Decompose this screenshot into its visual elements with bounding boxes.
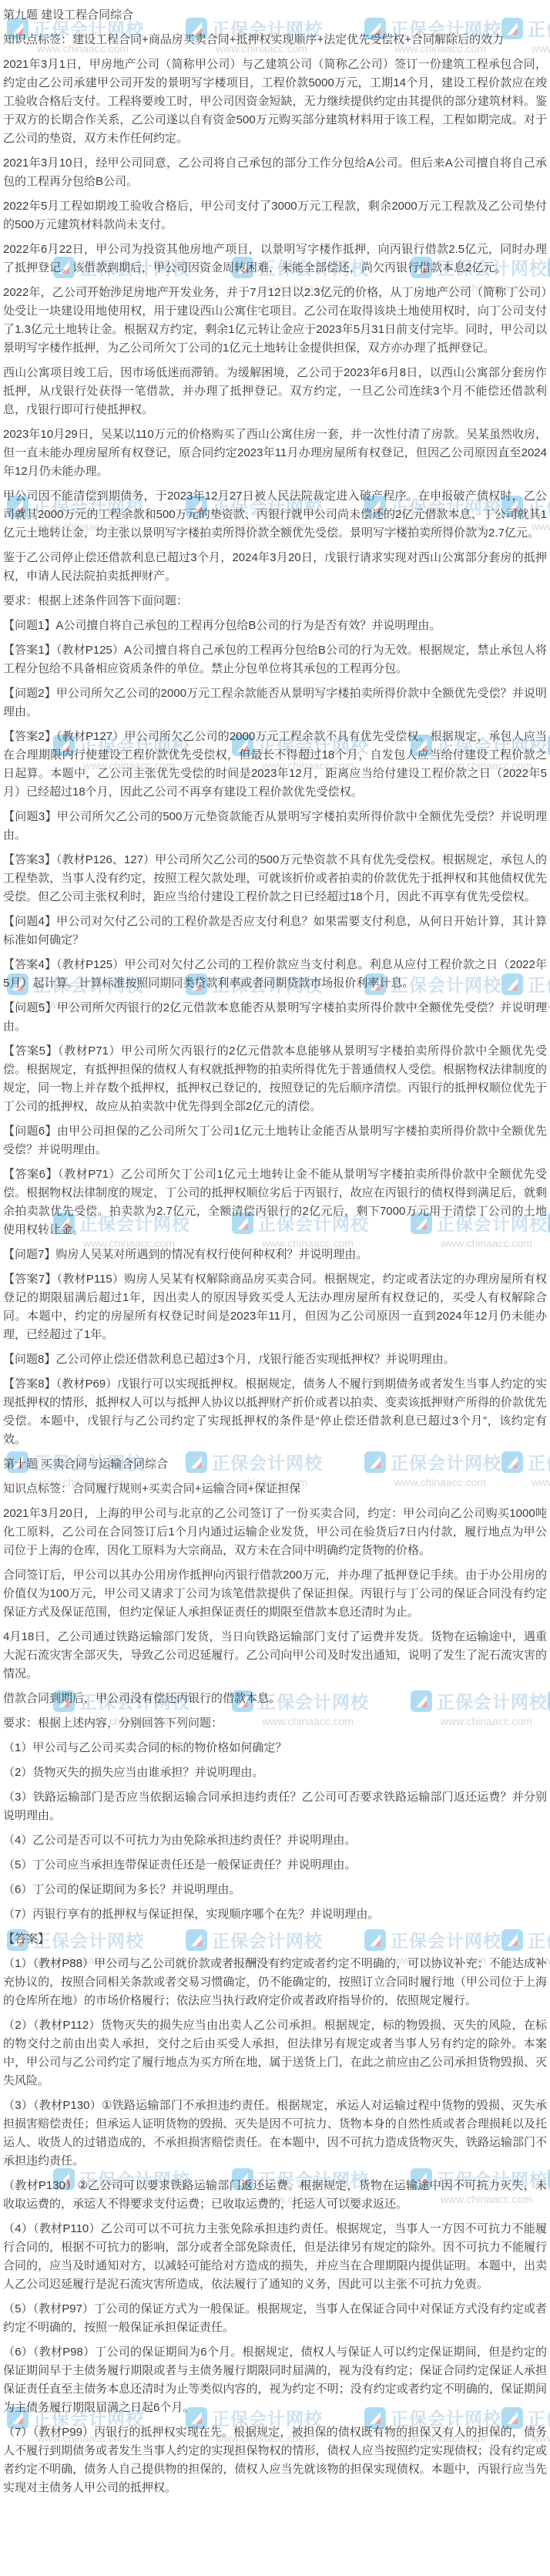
paragraph: 【问题6】由甲公司担保的乙公司所欠丁公司1亿元土地转让金能否从景明写字楼拍卖所得…: [3, 1122, 547, 1159]
paragraph: 要求：根据上述内容，分别回答下列问题：: [3, 1714, 547, 1733]
paragraph: 【问题7】购房人吴某对所遇到的情况有权行使何种权利？并说明理由。: [3, 1246, 547, 1264]
paragraph: 【问题5】甲公司所欠丙银行的2亿元借款本息能否从景明写字楼拍卖所得价款中全额优先…: [3, 999, 547, 1036]
paragraph: 【答案4】（教材P125）甲公司对欠付乙公司的工程价款应当支付利息。利息从应付工…: [3, 956, 547, 993]
paragraph: 【答案2】（教材P127）甲公司所欠乙公司的2000万元工程余款不具有优先受偿权…: [3, 728, 547, 802]
paragraph: 甲公司因不能清偿到期债务，于2023年12月27日被人民法院裁定进入破产程序。在…: [3, 487, 547, 543]
section-title: 第九题 建设工程合同综合: [3, 6, 547, 25]
paragraph: （1）甲公司与乙公司买卖合同的标的物价格如何确定？: [3, 1739, 547, 1757]
paragraph: （4）（教材P110）乙公司可以不可抗力主张免除承担违约责任。根据规定，当事人一…: [3, 2220, 547, 2294]
paragraph: 2021年3月1日，甲房地产公司（简称甲公司）与乙建筑公司（简称乙公司）签订一份…: [3, 55, 547, 148]
paragraph: （5）丁公司应当承担连带保证责任还是一般保证责任？并说明理由。: [3, 1856, 547, 1875]
paragraph: 【问题4】甲公司对欠付乙公司的工程价款是否应支付利息？如果需要支付利息，从何日开…: [3, 913, 547, 950]
paragraph: （3）铁路运输部门是否应当依据运输合同承担违约责任？乙公司可否要求铁路运输部门返…: [3, 1788, 547, 1825]
paragraph: （4）乙公司是否可以不可抗力为由免除承担违约责任？并说明理由。: [3, 1831, 547, 1850]
paragraph: 【问题3】甲公司所欠乙公司的500万元垫资款能否从景明写字楼拍卖所得价款中全额优…: [3, 808, 547, 845]
paragraph: 知识点标签：合同履行规则+买卖合同+运输合同+保证担保: [3, 1480, 547, 1498]
paragraph: （7）（教材P99）丙银行的抵押权实现在先。根据规定，被担保的债权既有物的担保又…: [3, 2423, 547, 2497]
paragraph: 2022年6月22日，甲公司为投资其他房地产项目，以景明写字楼作抵押，向丙银行借…: [3, 240, 547, 277]
paragraph: （6）（教材P98）丁公司的保证期间为6个月。根据规定，债权人与保证人可以约定保…: [3, 2343, 547, 2417]
paragraph: （7）丙银行享有的抵押权与保证担保，实现顺序哪个在先？并说明理由。: [3, 1905, 547, 1924]
paragraph: 4月18日，乙公司通过铁路运输部门发货，当日向铁路运输部门支付了运费并发货。货物…: [3, 1628, 547, 1683]
paragraph: （3）（教材P130）①铁路运输部门不承担违约责任。根据规定，承运人对运输过程中…: [3, 2097, 547, 2171]
paragraph: （1）（教材P88）甲公司与乙公司就价款或者报酬没有约定或者约定不明确的，可以协…: [3, 1955, 547, 2010]
paragraph: 【问题8】乙公司停止偿还借款利息已超过3个月，戊银行能否实现抵押权？并说明理由。: [3, 1350, 547, 1369]
paragraph: （教材P130）②乙公司可以要求铁路运输部门返还运费。根据规定，货物在运输途中因…: [3, 2177, 547, 2214]
paragraph: （6）丁公司的保证期间为多长？并说明理由。: [3, 1881, 547, 1899]
paragraph: 2022年，乙公司开始涉足房地产开发业务，并于7月12日以2.3亿元的价格，从丁…: [3, 284, 547, 358]
paragraph: 要求：根据上述条件回答下面问题：: [3, 592, 547, 610]
paragraph: 知识点标签：建设工程合同+商品房买卖合同+抵押权实现顺序+法定优先受偿权+合同解…: [3, 31, 547, 49]
paragraph: 【答案1】（教材P125）A公司擅自将自己承包的工程再分包给B公司的行为无效。根…: [3, 641, 547, 678]
paragraph: 2021年3月20日，上海的甲公司与北京的乙公司签订了一份买卖合同，约定：甲公司…: [3, 1505, 547, 1560]
paragraph: （2）（教材P112）货物灭失的损失应当由出卖人乙公司承担。根据规定，标的物毁损…: [3, 2016, 547, 2090]
paragraph: 2022年5月工程如期竣工验收合格后，甲公司支付了3000万元工程款，剩余200…: [3, 197, 547, 234]
document-content: 第九题 建设工程合同综合知识点标签：建设工程合同+商品房买卖合同+抵押权实现顺序…: [0, 0, 550, 2511]
paragraph: 【问题1】A公司擅自将自己承包的工程再分包给B公司的行为是否有效？并说明理由。: [3, 617, 547, 635]
paragraph: 借款合同到期后，甲公司没有偿还丙银行的借款本息。: [3, 1690, 547, 1708]
document-page: 正保会计网校www.chinaacc.com正保会计网校www.chinaacc…: [0, 0, 550, 2576]
paragraph: （2）货物灭失的损失应当由谁承担？并说明理由。: [3, 1764, 547, 1782]
paragraph: 【答案6】（教材P71）乙公司所欠丁公司1亿元土地转让金不能从景明写字楼拍卖所得…: [3, 1165, 547, 1239]
paragraph: 2021年3月10日，经甲公司同意，乙公司将自己承包的部分工作分包给A公司。但后…: [3, 154, 547, 191]
paragraph: 【答案8】（教材P69）戊银行可以实现抵押权。根据规定，债务人不履行到期债务或者…: [3, 1375, 547, 1449]
paragraph: 【问题2】甲公司所欠乙公司的2000万元工程余款能否从景明写字楼拍卖所得价款中全…: [3, 684, 547, 721]
paragraph: 【答案3】（教材P126、127）甲公司所欠乙公司的500万元垫资款不具有优先受…: [3, 851, 547, 906]
section-title: 第十题 买卖合同与运输合同综合: [3, 1455, 547, 1474]
paragraph: 西山公寓项目竣工后，因市场低迷而滞销。为缓解困境，乙公司于2023年6月8日，以…: [3, 364, 547, 419]
paragraph: 合同签订后，甲公司以其办公用房作抵押向丙银行借款200万元，并办理了抵押登记手续…: [3, 1566, 547, 1622]
paragraph: 鉴于乙公司停止偿还借款利息已超过3个月，2024年3月20日，戊银行请求实现对西…: [3, 549, 547, 586]
paragraph: 【答案7】（教材P115）购房人吴某有权解除商品房买卖合同。根据规定，约定或者法…: [3, 1270, 547, 1344]
paragraph: 【答案5】（教材P71）甲公司所欠丙银行的2亿元借款本息能够从景明写字楼拍卖所得…: [3, 1042, 547, 1116]
paragraph: 2023年10月29日，吴某以110万元的价格购买了西山公寓住房一套，并一次性付…: [3, 425, 547, 481]
paragraph: （5）（教材P97）丁公司的保证方式为一般保证。根据规定，当事人在保证合同中对保…: [3, 2300, 547, 2337]
paragraph: 【答案】: [3, 1930, 547, 1949]
